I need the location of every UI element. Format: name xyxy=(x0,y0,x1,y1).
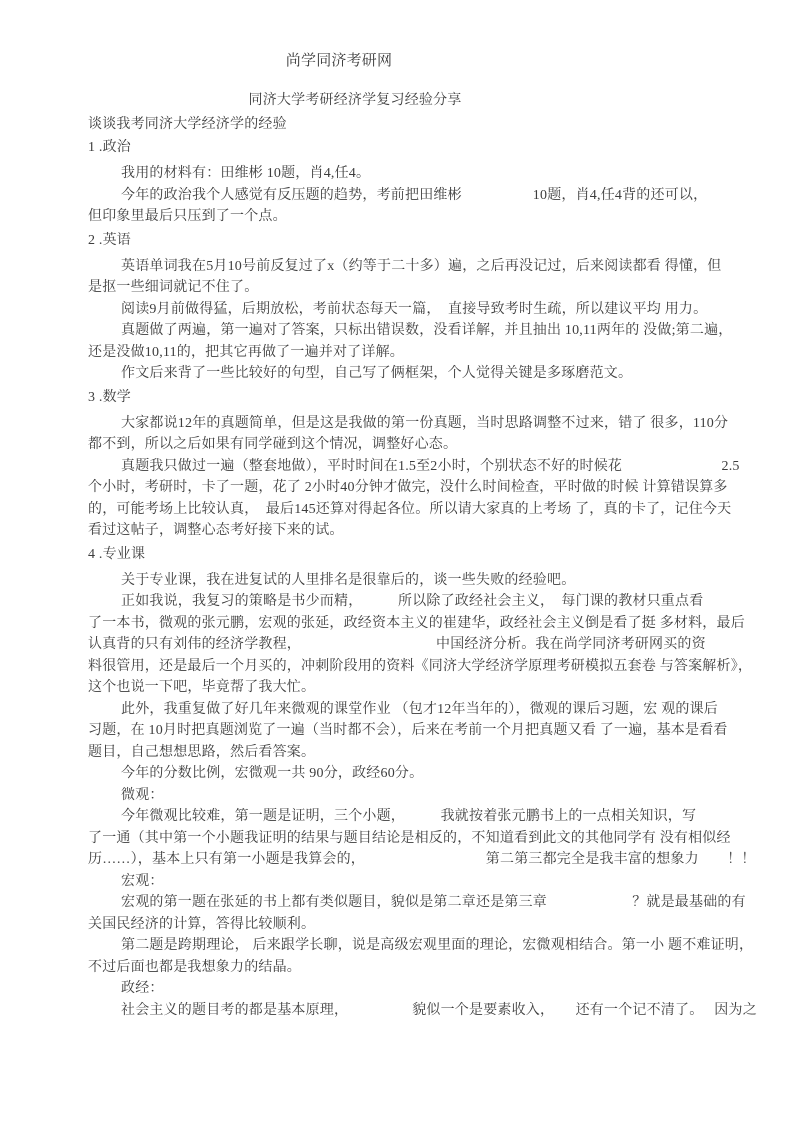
text-line: 这个也说一下吧，毕竟帮了我大忙。 xyxy=(88,677,712,699)
document-body: 谈谈我考同济大学经济学的经验 1 .政治 我用的材料有：田维彬 10题，肖4,任… xyxy=(88,114,712,1022)
text-line: 个小时，考研时，卡了一题，花了 2小时40分钟才做完，没什么时间检查，平时做的时… xyxy=(88,477,712,499)
text-line: 了一本书，微观的张元鹏，宏观的张延，政经资本主义的崔建华，政经社会主义倒是看了挺… xyxy=(88,613,712,635)
text-line: 真题做了两遍，第一遍对了答案，只标出错误数，没看详解，并且抽出 10,11两年的… xyxy=(88,320,712,342)
text-line: 了一通（其中第一个小题我证明的结果与题目结论是相反的，不知道看到此文的其他同学有… xyxy=(88,828,712,850)
text-line: 不过后面也都是我想象力的结晶。 xyxy=(88,957,712,979)
text-line: 的，可能考场上比较认真， 最后145还算对得起各位。所以请大家真的上考场 了，真… xyxy=(88,499,712,521)
text-line: 政经： xyxy=(88,978,712,1000)
text-line: 今年微观比较难，第一题是证明，三个小题， 我就按着张元鹏书上的一点相关知识，写 xyxy=(88,806,712,828)
text-line: 正如我说，我复习的策略是书少而精， 所以除了政经社会主义， 每门课的教材只重点看 xyxy=(88,591,712,613)
text-line: 英语单词我在5月10号前反复过了x（约等于二十多）遍，之后再没记过，后来阅读都看… xyxy=(88,256,712,278)
text-line: 谈谈我考同济大学经济学的经验 xyxy=(88,114,712,136)
document-title: 同济大学考研经济学复习经验分享 xyxy=(88,90,712,112)
text-line: 1 .政治 xyxy=(88,137,712,159)
text-line: 今年的政治我个人感觉有反压题的趋势，考前把田维彬 10题，肖4,任4背的还可以， xyxy=(88,185,712,207)
text-line: 2 .英语 xyxy=(88,230,712,252)
text-line: 习题，在 10月时把真题浏览了一遍（当时都不会），后来在考前一个月把真题又看 了… xyxy=(88,720,712,742)
text-line: 认真背的只有刘伟的经济学教程， 中国经济分析。我在尚学同济考研网买的资 xyxy=(88,634,712,656)
text-line: 历……），基本上只有第一小题是我算会的， 第二第三都完全是我丰富的想象力 ！！ xyxy=(88,849,712,871)
text-line: 微观： xyxy=(88,785,712,807)
document-page: 尚学同济考研网 同济大学考研经济学复习经验分享 谈谈我考同济大学经济学的经验 1… xyxy=(0,0,800,1133)
text-line: 第二题是跨期理论， 后来跟学长聊，说是高级宏观里面的理论，宏微观相结合。第一小 … xyxy=(88,935,712,957)
text-line: 料很管用，还是最后一个月买的，冲刺阶段用的资料《同济大学经济学原理考研模拟五套卷… xyxy=(88,656,712,678)
text-line: 阅读9月前做得猛，后期放松，考前状态每天一篇， 直接导致考时生疏，所以建议平均 … xyxy=(88,299,712,321)
text-line: 关国民经济的计算，答得比较顺利。 xyxy=(88,914,712,936)
text-line: 是抠一些细词就记不住了。 xyxy=(88,277,712,299)
text-line: 真题我只做过一遍（整套地做），平时时间在1.5至2小时，个别状态不好的时候花 2… xyxy=(88,456,712,478)
text-line: 还是没做10,11的，把其它再做了一遍并对了详解。 xyxy=(88,342,712,364)
text-line: 关于专业课，我在进复试的人里排名是很靠后的，谈一些失败的经验吧。 xyxy=(88,570,712,592)
text-line: 作文后来背了一些比较好的句型，自己写了俩框架，个人觉得关键是多琢磨范文。 xyxy=(88,363,712,385)
site-title: 尚学同济考研网 xyxy=(88,50,712,72)
text-line: 4 .专业课 xyxy=(88,544,712,566)
text-line: 看过这帖子，调整心态考好接下来的试。 xyxy=(88,520,712,542)
text-line: 题目，自己想想思路，然后看答案。 xyxy=(88,742,712,764)
text-line: 宏观的第一题在张延的书上都有类似题目，貌似是第二章还是第三章 ？就是最基础的有 xyxy=(88,892,712,914)
text-line: 宏观： xyxy=(88,871,712,893)
text-line: 大家都说12年的真题简单，但是这是我做的第一份真题，当时思路调整不过来，错了 很… xyxy=(88,413,712,435)
text-line: 我用的材料有：田维彬 10题，肖4,任4。 xyxy=(88,163,712,185)
text-line: 社会主义的题目考的都是基本原理， 貌似一个是要素收入， 还有一个记不清了。 因为… xyxy=(88,1000,712,1022)
text-line: 3 .数学 xyxy=(88,387,712,409)
text-line: 今年的分数比例，宏微观一共 90分，政经60分。 xyxy=(88,763,712,785)
text-line: 此外，我重复做了好几年来微观的课堂作业 （包才12年当年的），微观的课后习题，宏… xyxy=(88,699,712,721)
text-line: 但印象里最后只压到了一个点。 xyxy=(88,206,712,228)
text-line: 都不到，所以之后如果有同学碰到这个情况，调整好心态。 xyxy=(88,434,712,456)
